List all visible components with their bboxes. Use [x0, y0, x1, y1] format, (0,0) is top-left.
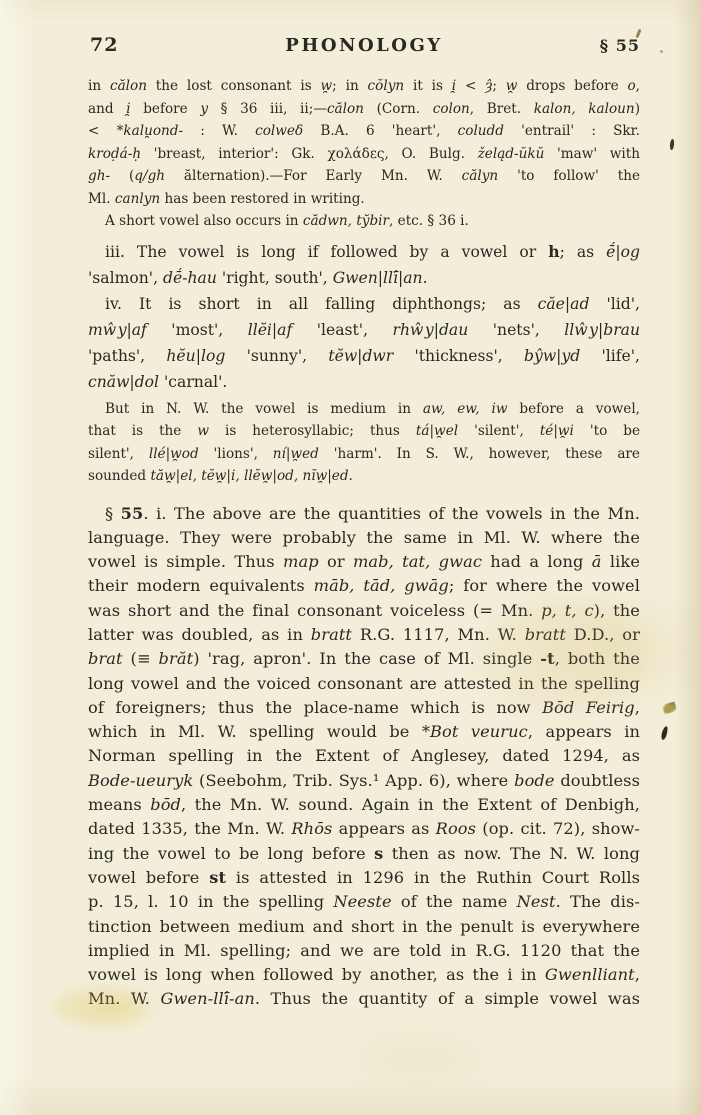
text-line: long vowel and the voiced consonant are …	[88, 672, 640, 696]
text-line: and i̯ before y § 36 iii, ii;—călon (Cor…	[88, 98, 640, 121]
text-line: silent', llé|w̯od 'lions', ní|w̯ed 'harm…	[88, 443, 640, 466]
running-title: PHONOLOGY	[285, 35, 442, 56]
text-line: latter was doubled, as in bratt R.G. 111…	[88, 623, 640, 647]
text-line: 'paths', hĕu|log 'sunny', tĕw|dwr 'thick…	[88, 343, 640, 369]
text-line: language. They were probably the same in…	[88, 526, 640, 550]
text-line: implied in Ml. spelling; and we are told…	[88, 939, 640, 963]
scan-dot	[660, 50, 663, 53]
text-line: in călon the lost consonant is w̯; in cŏ…	[88, 75, 640, 98]
text-line: iv. It is short in all falling diphthong…	[88, 291, 640, 317]
page-header: 72 PHONOLOGY § 55	[88, 34, 640, 60]
section-number: § 55	[600, 36, 640, 55]
text-line: cnăw|dol 'carnal'.	[88, 369, 640, 395]
text-line: sounded tăw̯|el, tĕw̯|i, llĕw̯|od, nĭw̯|…	[88, 465, 640, 488]
page-number: 72	[90, 34, 118, 56]
text-line: Mn. W. Gwen-llī́-an. Thus the quantity o…	[88, 987, 640, 1011]
text-line: 'salmon', dḗ-hau 'right, south', Gwen|ll…	[88, 265, 640, 291]
text-line: vowel before st is attested in 1296 in t…	[88, 866, 640, 890]
text-line: vowel is long when followed by another, …	[88, 963, 640, 987]
text-line: means bōd, the Mn. W. sound. Again in th…	[88, 793, 640, 817]
section-iv: iv. It is short in all falling diphthong…	[88, 291, 640, 395]
text-line: Bode-ueuryk (Seebohm, Trib. Sys.¹ App. 6…	[88, 769, 640, 793]
text-line: Norman spelling in the Extent of Anglese…	[88, 744, 640, 768]
ink-comma-speck	[660, 726, 668, 741]
text-line: dated 1335, the Mn. W. Rhōs appears as R…	[88, 817, 640, 841]
text-line: But in N. W. the vowel is medium in aw, …	[88, 398, 640, 421]
text-line: gh- (q/gh ălternation).—For Early Mn. W.…	[88, 165, 640, 188]
text-line: Ml. canlyn has been restored in writing.	[88, 188, 640, 211]
text-line: was short and the final consonant voicel…	[88, 599, 640, 623]
text-line: brat (≡ brăt) 'rag, apron'. In the case …	[88, 647, 640, 671]
text-line: which in Ml. W. spelling would be *Bot v…	[88, 720, 640, 744]
section-iii: iii. The vowel is long if followed by a …	[88, 239, 640, 291]
text-line: vowel is simple. Thus map or mab, tat, g…	[88, 550, 640, 574]
text-line: kroḍá-ḥ 'breast, interior': Gk. χολάδες,…	[88, 143, 640, 166]
text-line: ing the vowel to be long before s then a…	[88, 842, 640, 866]
text-line: of foreigners; thus the place-name which…	[88, 696, 640, 720]
continuation-paragraph: in călon the lost consonant is w̯; in cŏ…	[88, 75, 640, 210]
book-page: 72 PHONOLOGY § 55 in călon the lost cons…	[0, 0, 701, 1115]
text-block: in călon the lost consonant is w̯; in cŏ…	[88, 75, 640, 1012]
text-line: A short vowel also occurs in cădwn, ty̆b…	[88, 210, 640, 233]
text-line: mŵy|af 'most', llĕi|af 'least', rhŵy|dau…	[88, 317, 640, 343]
section-55: § 55. i. The above are the quantities of…	[88, 502, 640, 1012]
short-vowel-note: A short vowel also occurs in cădwn, ty̆b…	[88, 210, 640, 233]
north-wales-note: But in N. W. the vowel is medium in aw, …	[88, 398, 640, 488]
text-line: < *kalu̯ond- : W. colweδ B.A. 6 'heart',…	[88, 120, 640, 143]
text-line: tinction between medium and short in the…	[88, 915, 640, 939]
text-line: § 55. i. The above are the quantities of…	[88, 502, 640, 526]
scan-squiggle	[662, 701, 677, 714]
text-line: their modern equivalents māb, tād, gwāg;…	[88, 574, 640, 598]
text-line: iii. The vowel is long if followed by a …	[88, 239, 640, 265]
ink-speck	[669, 139, 674, 150]
text-line: p. 15, l. 10 in the spelling Neeste of t…	[88, 890, 640, 914]
text-line: that is the w is heterosyllabic; thus tá…	[88, 420, 640, 443]
